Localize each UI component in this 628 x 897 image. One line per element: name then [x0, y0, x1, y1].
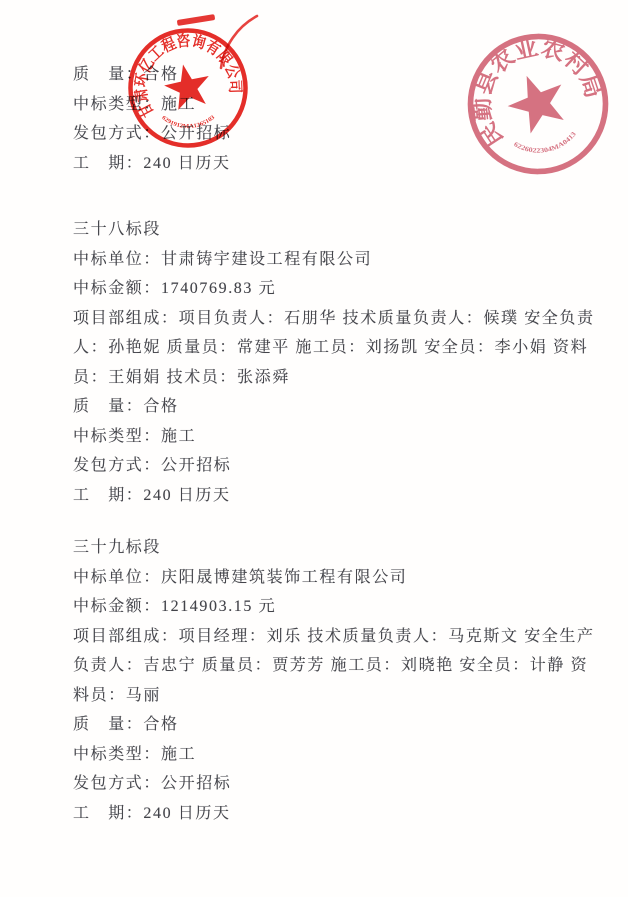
doc-line: 员：王娟娟 技术员：张添舜: [73, 363, 595, 393]
seal-ring: [450, 16, 626, 192]
doc-line: 发包方式：公开招标: [73, 769, 595, 799]
doc-line: 工 期：240 日历天: [73, 149, 231, 179]
doc-line: 料员：马丽: [73, 681, 595, 711]
seal-fragment-arc: [213, 10, 261, 72]
doc-line: 中标类型：施工: [73, 740, 595, 770]
doc-line: 质 量：合格: [73, 710, 595, 740]
seal-text: 民勤县农业农村局: [448, 14, 611, 153]
seal-code: 6226022304MA0413: [511, 119, 581, 166]
doc-line: 中标单位：甘肃铸宇建设工程有限公司: [73, 245, 595, 275]
doc-line: 工 期：240 日历天: [73, 481, 595, 511]
doc-line: 中标金额：1214903.15 元: [73, 592, 595, 622]
seal-fragment-dash: [177, 14, 215, 26]
section-39: 三十九标段 中标单位：庆阳晟博建筑装饰工程有限公司 中标金额：1214903.1…: [73, 533, 595, 828]
doc-line: 负责人：吉忠宁 质量员：贾芳芳 施工员：刘晓艳 安全员：计静 资: [73, 651, 595, 681]
section-top-partial: 质 量：合格 中标类型：施工 发包方式：公开招标 工 期：240 日历天: [73, 60, 231, 178]
section-heading: 三十八标段: [73, 215, 595, 245]
doc-line: 质 量：合格: [73, 392, 595, 422]
section-heading: 三十九标段: [73, 533, 595, 563]
doc-line: 中标类型：施工: [73, 422, 595, 452]
doc-line: 中标类型：施工: [73, 90, 231, 120]
svg-text:6226022304MA0413: 6226022304MA0413: [511, 119, 581, 166]
doc-line: 中标金额：1740769.83 元: [73, 274, 595, 304]
doc-line: 项目部组成：项目经理：刘乐 技术质量负责人：马克斯文 安全生产: [73, 622, 595, 652]
section-38: 三十八标段 中标单位：甘肃铸宇建设工程有限公司 中标金额：1740769.83 …: [73, 215, 595, 510]
doc-line: 项目部组成：项目负责人：石朋华 技术质量负责人：候璞 安全负责: [73, 304, 595, 334]
star-icon: [500, 65, 574, 138]
doc-line: 中标单位：庆阳晟博建筑装饰工程有限公司: [73, 563, 595, 593]
scanned-document-page: 质 量：合格 中标类型：施工 发包方式：公开招标 工 期：240 日历天 三十八…: [0, 0, 628, 897]
svg-text:民勤县农业农村局: 民勤县农业农村局: [448, 14, 611, 153]
bureau-seal: 民勤县农业农村局 6226022304MA0413: [448, 14, 628, 194]
doc-line: 质 量：合格: [73, 60, 231, 90]
doc-line: 人：孙艳妮 质量员：常建平 施工员：刘扬凯 安全员：李小娟 资料: [73, 333, 595, 363]
doc-line: 发包方式：公开招标: [73, 451, 595, 481]
doc-line: 发包方式：公开招标: [73, 119, 231, 149]
doc-line: 工 期：240 日历天: [73, 799, 595, 829]
